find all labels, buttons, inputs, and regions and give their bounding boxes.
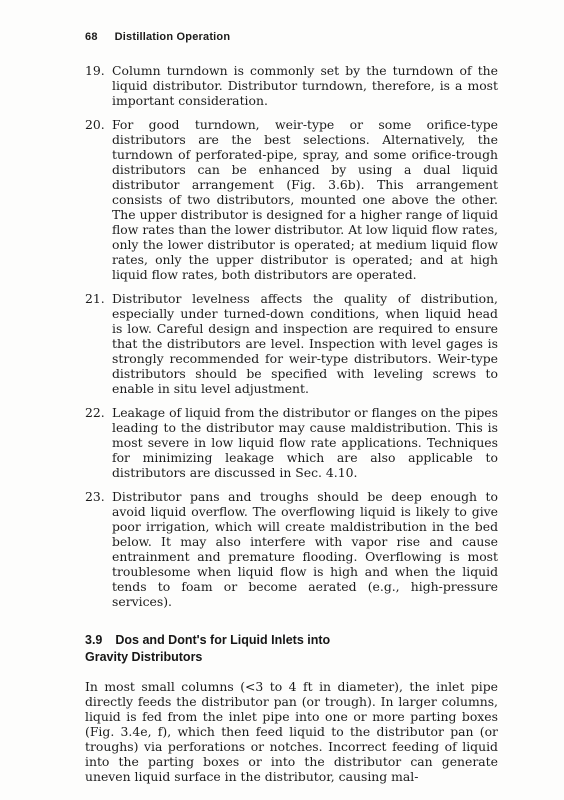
section-heading-line1: 3.9 Dos and Dont's for Liquid Inlets int… <box>85 632 498 649</box>
list-item-number: 23. <box>85 489 112 609</box>
section-heading: 3.9 Dos and Dont's for Liquid Inlets int… <box>85 632 498 666</box>
running-title: Distillation Operation <box>115 31 231 43</box>
text-column: 19. Column turndown is commonly set by t… <box>85 63 498 784</box>
list-item-number: 19. <box>85 63 112 108</box>
numbered-list: 19. Column turndown is commonly set by t… <box>85 63 498 609</box>
list-item-text: Distributor pans and troughs should be d… <box>112 489 498 609</box>
list-item-number: 22. <box>85 405 112 480</box>
list-item: 21. Distributor levelness affects the qu… <box>85 291 498 396</box>
list-item-number: 20. <box>85 117 112 282</box>
page-number: 68 <box>85 31 98 43</box>
book-page: 68 Distillation Operation 19. Column tur… <box>0 0 564 800</box>
section-title-line2: Gravity Distributors <box>85 649 498 666</box>
list-item: 20. For good turndown, weir-type or some… <box>85 117 498 282</box>
list-item: 23. Distributor pans and troughs should … <box>85 489 498 609</box>
section-title-line1: Dos and Dont's for Liquid Inlets into <box>115 632 330 649</box>
list-item-text: Leakage of liquid from the distributor o… <box>112 405 498 480</box>
list-item-text: Column turndown is commonly set by the t… <box>112 63 498 108</box>
section-number: 3.9 <box>85 632 102 649</box>
list-item-text: For good turndown, weir-type or some ori… <box>112 117 498 282</box>
list-item: 19. Column turndown is commonly set by t… <box>85 63 498 108</box>
list-item-text: Distributor levelness affects the qualit… <box>112 291 498 396</box>
running-header: 68 Distillation Operation <box>85 31 230 43</box>
section-paragraph: In most small columns (<3 to 4 ft in dia… <box>85 679 498 784</box>
list-item: 22. Leakage of liquid from the distribut… <box>85 405 498 480</box>
list-item-number: 21. <box>85 291 112 396</box>
